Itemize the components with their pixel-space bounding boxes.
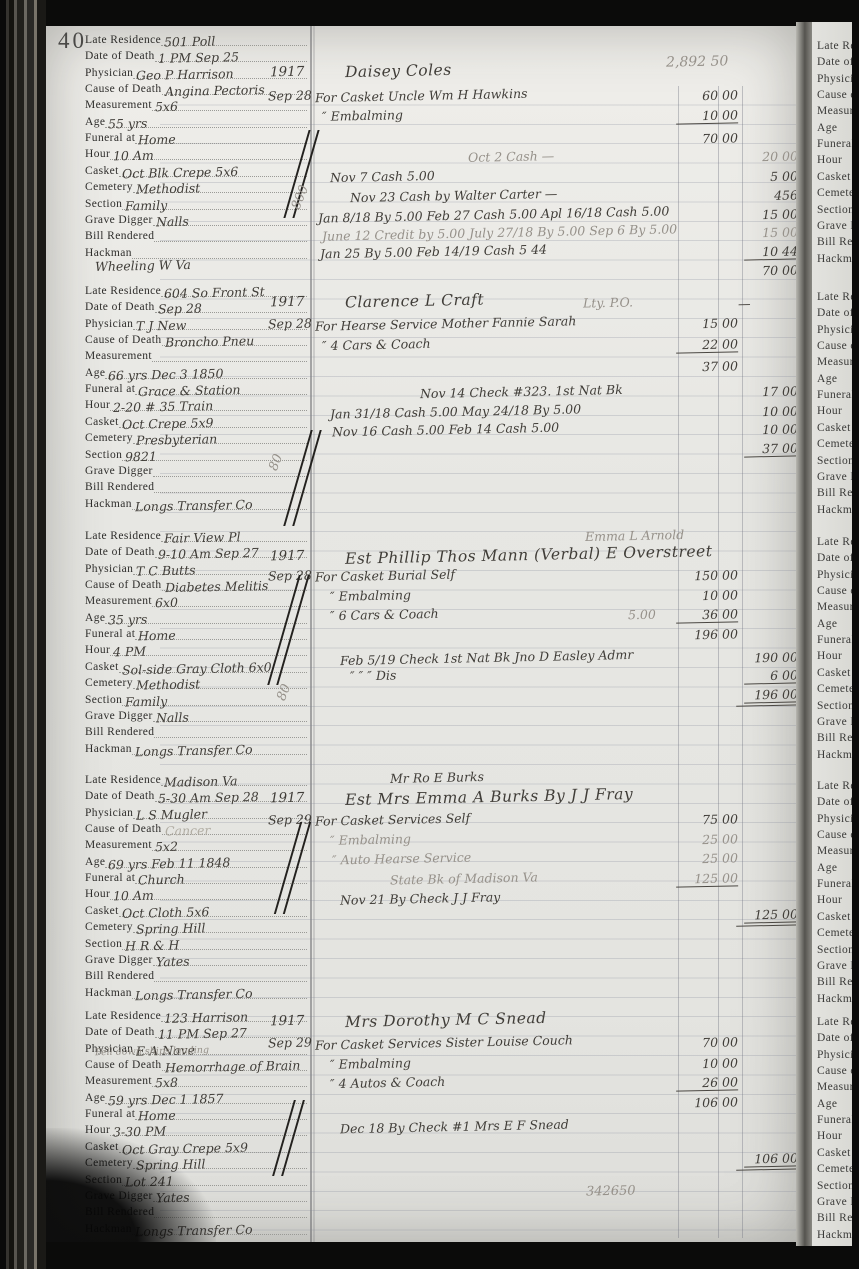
facing-page-label-fragment: Date of Death [817,307,852,319]
facing-page-label-fragment: Casket [817,667,851,679]
page-total-pencil-note: 342650 [586,1183,636,1199]
facing-page-label-fragment: Age [817,373,837,385]
form-field-underline: Home [135,127,307,144]
ledger-amount: 37 00 [676,358,738,374]
form-field-row: Grave DiggerNalls [85,706,307,722]
form-field-label: Funeral at [85,132,135,144]
form-field-underline: Hemorrhage of Brain [162,1054,308,1071]
form-field-row: Funeral atHome [85,624,307,640]
form-field-label: Section [85,449,122,461]
ledger-text: ″ Embalming [330,1055,411,1072]
paid-slash-mark [287,822,303,914]
ledger-amount-outer: 5 00 [744,168,798,184]
form-field-row: HackmanLongs Transfer Co [85,739,307,755]
facing-page-label-fragment: Casket [817,422,851,434]
facing-page-label-fragment: Grave Digger [817,1196,852,1208]
form-field-value: Longs Transfer Co [135,741,253,758]
facing-page-edge: Late ResidenceDate of DeathPhysicianCaus… [812,22,852,1246]
facing-page-label-fragment: Late Residence [817,291,852,303]
facing-page-label-fragment: Late Residence [817,40,852,52]
form-field-underline: Broncho Pneu [162,329,308,346]
ledger-amount-outer: 17 00 [744,383,798,399]
form-field-label: Late Residence [85,34,161,46]
ledger-amount: 26 00 [676,1074,738,1091]
facing-page-label-fragment: Cause of Death [817,585,852,597]
ledger-date: Sep 29 [268,1035,312,1051]
form-field-label: Date of Death [85,1026,155,1038]
facing-page-label-fragment: Hour [817,650,842,662]
form-field-label: Grave Digger [85,710,153,722]
ledger-year: 1917 [270,790,305,807]
facing-page-label-fragment: Funeral at [817,1114,852,1126]
form-field-underline: Madison Va [161,769,307,786]
facing-page-label-fragment: Age [817,122,837,134]
form-field-underline: 59 yrs Dec 1 1857 [105,1087,307,1104]
form-field-row: CasketOct Cloth 5x6 [85,901,307,917]
ledger-deceased-name: Daisey Coles [345,61,452,81]
form-field-row: Measurement6x0 [85,591,307,607]
facing-page-label-fragment: Section [817,944,852,956]
form-field-label: Late Residence [85,774,161,786]
form-field-row: Age35 yrs [85,608,307,624]
form-field-underline: Longs Transfer Co [132,982,307,999]
facing-page-label-fragment: Hour [817,154,842,166]
form-field-underline: 1 PM Sep 25 [155,45,307,62]
register-page: 40 2,892 50 342650 Late Residence501 Pol… [46,26,796,1242]
form-field-label: Cemetery [85,677,133,689]
form-field-row: Grave DiggerNalls [85,210,307,226]
form-field-label: Section [85,938,122,950]
form-field-underline: 5x8 [152,1070,307,1087]
form-field-row: Funeral atGrace & Station [85,379,307,395]
form-field-row: Measurement5x8 [85,1071,307,1087]
form-field-row: Hackman [85,243,307,259]
form-field-underline: 35 yrs [105,607,307,624]
facing-page-label-fragment: Cause of Death [817,1065,852,1077]
ledger-text: ″ Embalming [322,107,403,124]
form-field-underline [154,225,307,242]
form-field-label: Cause of Death [85,1059,162,1071]
form-field-underline: Sol-side Gray Cloth 6x0 [119,656,307,673]
facing-page-label-fragment: Age [817,1098,837,1110]
ledger-text: Oct 2 Cash — [468,148,554,165]
form-field-label: Section [85,694,122,706]
facing-page-label-fragment: Cemetery [817,1163,852,1175]
form-field-label: Hackman [85,498,132,510]
form-field-underline: 69 yrs Feb 11 1848 [105,851,307,868]
facing-page-label-fragment: Cemetery [817,438,852,450]
ledger-year: 1917 [270,548,305,565]
form-field-label: Age [85,612,105,624]
facing-page-label-fragment: Measurement [817,845,852,857]
form-field-label: Casket [85,416,119,428]
ledger-amount-outer: 125 00 [744,906,798,923]
form-field-label: Measurement [85,839,152,851]
ledger-date: Sep 28 [268,316,312,332]
facing-page-label-fragment: Date of Death [817,552,852,564]
facing-page-label-fragment: Hackman [817,253,852,265]
facing-page-label-fragment: Bill Rendered [817,1212,852,1224]
ledger-dash: — [738,296,751,311]
facing-page-label-fragment: Cause of Death [817,829,852,841]
ledger-amount: 60 00 [676,87,738,103]
ledger-amount-outer: 106 00 [744,1150,798,1167]
form-field-row: Funeral atHome [85,1104,307,1120]
form-field-label: Age [85,856,105,868]
ledger-amount: 70 00 [676,1034,738,1050]
form-field-row: Age69 yrs Feb 11 1848 [85,852,307,868]
facing-page-label-fragment: Physician [817,73,852,85]
amount-column-rule [742,86,743,1238]
ledger-date: Sep 28 [268,88,312,104]
form-field-underline: Church [135,867,307,884]
ledger-text: ″ Auto Hearse Service [332,850,471,868]
paid-slash-mark [297,430,313,526]
ledger-amount: 25 00 [676,831,738,847]
form-field-label: Hackman [85,743,132,755]
ledger-amount: 25 00 [676,850,738,866]
form-field-label: Funeral at [85,1108,135,1120]
ledger-text: ″ 4 Cars & Coach [322,336,431,353]
facing-page-label-fragment: Section [817,1180,852,1192]
facing-page-label-fragment: Date of Death [817,56,852,68]
ledger-amount: 106 00 [676,1094,738,1110]
form-field-label: Hour [85,888,110,900]
form-field-label: Bill Rendered [85,726,154,738]
form-field-row: CasketOct Crepe 5x9 [85,412,307,428]
form-field-row: Bill Rendered [85,966,307,982]
form-field-value: Longs Transfer Co [135,496,253,513]
form-field-label: Late Residence [85,285,161,297]
form-field-row: SectionFamily [85,194,307,210]
form-field-row: Date of Death1 PM Sep 25 [85,46,307,62]
ledger-text: ″ Embalming [330,831,411,848]
facing-page-label-fragment: Funeral at [817,138,852,150]
ledger-deceased-name: Clarence L Craft [345,291,484,312]
form-field-underline: 66 yrs Dec 3 1850 [105,362,307,379]
page-number: 40 [58,28,87,54]
ledger-amount: 22 00 [676,336,738,353]
form-field-row: Late ResidenceFair View Pl [85,526,307,542]
facing-page-label-fragment: Bill Rendered [817,487,852,499]
facing-page-label-fragment: Hackman [817,993,852,1005]
facing-page-label-fragment: Cemetery [817,187,852,199]
facing-page-label-fragment: Funeral at [817,389,852,401]
form-field-row: Age66 yrs Dec 3 1850 [85,363,307,379]
form-field-label: Cause of Death [85,579,162,591]
form-field-label: Late Residence [85,1010,161,1022]
form-field-label: Physician [85,563,133,575]
ledger-amount: 125 00 [676,870,738,887]
form-field-underline: Oct Crepe 5x9 [119,411,307,428]
form-field-underline: Family [122,193,307,210]
facing-page-label-fragment: Section [817,455,852,467]
ledger-amount-outer: 15 00 [744,224,798,240]
form-field-label: Physician [85,67,133,79]
form-field-label: Cause of Death [85,83,162,95]
form-field-label: Date of Death [85,50,155,62]
form-field-underline: 2-20 # 35 Train [110,394,307,411]
form-field-label: Hackman [85,987,132,999]
form-field-label: Cemetery [85,181,133,193]
form-field-row: Grave DiggerYates [85,950,307,966]
form-field-label: Funeral at [85,383,135,395]
facing-page-label-fragment: Funeral at [817,634,852,646]
facing-page-label-fragment: Section [817,700,852,712]
form-field-underline: Fair View Pl [161,525,307,542]
form-field-underline: Longs Transfer Co [132,738,307,755]
form-field-label: Hackman [85,247,132,259]
form-field-label: Measurement [85,595,152,607]
facing-page-label-fragment: Age [817,618,837,630]
form-field-label: Grave Digger [85,954,153,966]
form-field-row: CasketOct Blk Crepe 5x6 [85,161,307,177]
paid-slash-mark [283,575,299,685]
form-field-row: HackmanLongs Transfer Co [85,494,307,510]
facing-page-label-fragment: Grave Digger [817,220,852,232]
form-field-label: Funeral at [85,872,135,884]
ledger-amount: 15 00 [676,315,738,331]
form-field-underline: Grace & Station [135,378,307,395]
ledger-amount: 10 00 [676,587,738,603]
facing-page-label-fragment: Hackman [817,504,852,516]
facing-page-label-fragment: Hour [817,1130,842,1142]
form-field-underline: Spring Hill [133,916,307,933]
facing-page-label-fragment: Grave Digger [817,716,852,728]
form-field-underline: Methodist [133,176,307,193]
left-binding-page-edges [0,0,46,1269]
facing-page-label-fragment: Measurement [817,356,852,368]
form-field-underline [154,476,307,493]
form-field-underline [152,345,307,362]
facing-page-label-fragment: Hackman [817,1229,852,1241]
ledger-amount: 70 00 [676,130,738,146]
ledger-amount: 150 00 [676,567,738,583]
paid-slash-mark [283,1100,299,1176]
form-field-label: Date of Death [85,301,155,313]
form-field-underline [154,721,307,738]
form-field-row: CemeteryMethodist [85,673,307,689]
ledger-text: ″ 4 Autos & Coach [330,1074,446,1091]
facing-page-label-fragment: Measurement [817,1081,852,1093]
form-field-label: Grave Digger [85,214,153,226]
form-field-row: Hour10 Am [85,884,307,900]
facing-page-label-fragment: Bill Rendered [817,732,852,744]
form-field-label: Casket [85,905,119,917]
form-field-label: Hour [85,399,110,411]
form-field-row: SectionH R & H [85,934,307,950]
ledger-amount-outer: 196 00 [744,686,798,703]
residence-city-note: Wheeling W Va [95,257,191,274]
form-field-label: Date of Death [85,546,155,558]
ledger-text: ″ ″ ″ Dis [350,668,397,684]
facing-page-label-fragment: Casket [817,171,851,183]
facing-page-label-fragment: Measurement [817,601,852,613]
facing-page-label-fragment: Physician [817,569,852,581]
form-field-label: Hour [85,644,110,656]
form-field-row: CemeterySpring Hill [85,917,307,933]
bottom-corner-shadow [46,1128,216,1242]
facing-page-label-fragment: Cemetery [817,927,852,939]
ledger-amount: 196 00 [676,626,738,642]
facing-page-label-fragment: Physician [817,1049,852,1061]
form-field-row: Hour4 PM [85,640,307,656]
ledger-year: 1917 [270,1013,305,1030]
ledger-amount-outer: 456 [744,187,798,203]
facing-page-label-fragment: Funeral at [817,878,852,890]
ledger-amount-outer: 10 00 [744,421,798,437]
ledger-name-note: Lty. P.O. [583,294,633,310]
facing-page-label-fragment: Date of Death [817,796,852,808]
form-field-row: Late ResidenceMadison Va [85,770,307,786]
facing-page-label-fragment: Late Residence [817,536,852,548]
facing-page-label-fragment: Hour [817,894,842,906]
form-field-label: Bill Rendered [85,481,154,493]
form-field-underline: 5x2 [152,834,307,851]
form-field-underline: H R & H [122,933,307,950]
form-field-label: Cemetery [85,921,133,933]
ledger-amount-outer: 20 00 [744,148,798,164]
facing-page-label-fragment: Age [817,862,837,874]
page-gutter [796,22,812,1246]
ledger-amount: 10 00 [676,1055,738,1071]
form-field-label: Cemetery [85,432,133,444]
facing-page-label-fragment: Date of Death [817,1032,852,1044]
form-field-underline [154,965,307,982]
ledger-year: 1917 [270,294,305,311]
form-field-label: Cause of Death [85,823,162,835]
form-field-label: Physician [85,318,133,330]
form-field-row: Age55 yrs [85,112,307,128]
form-field-label: Casket [85,165,119,177]
facing-page-label-fragment: Grave Digger [817,471,852,483]
form-field-label: Date of Death [85,790,155,802]
form-field-row: Cause of DeathBroncho Pneu [85,330,307,346]
ledger-amount: 75 00 [676,811,738,827]
form-field-label: Age [85,367,105,379]
form-field-label: Physician [85,807,133,819]
form-field-row: CemeteryPresbyterian [85,428,307,444]
form-field-row: CemeteryMethodist [85,177,307,193]
form-field-row: HackmanLongs Transfer Co [85,983,307,999]
form-field-underline: 10 Am [110,143,307,160]
facing-page-label-fragment: Hackman [817,749,852,761]
facing-page-label-fragment: Cemetery [817,683,852,695]
form-field-label: Measurement [85,350,152,362]
form-field-row: Bill Rendered [85,226,307,242]
book-scan-photo: 40 2,892 50 342650 Late Residence501 Pol… [0,0,859,1269]
carried-balance-pencil-note: 2,892 50 [666,53,729,70]
ledger-amount-outer: 37 00 [744,440,798,457]
ledger-year: 1917 [270,64,305,81]
ledger-amount-outer: 6 00 [744,667,798,684]
facing-page-label-fragment: Measurement [817,105,852,117]
form-field-underline: 55 yrs [105,111,307,128]
form-field-label: Section [85,198,122,210]
form-field-underline: Yates [153,949,307,966]
facing-page-label-fragment: Bill Rendered [817,236,852,248]
facing-page-label-fragment: Cause of Death [817,89,852,101]
form-field-label: Bill Rendered [85,230,154,242]
form-field-label: Age [85,116,105,128]
form-field-row: Bill Rendered [85,722,307,738]
facing-page-label-fragment: Casket [817,911,851,923]
facing-page-label-fragment: Late Residence [817,1016,852,1028]
form-field-row: Hour10 Am [85,144,307,160]
form-field-label: Measurement [85,99,152,111]
ledger-text: ″ 6 Cars & Coach [330,606,439,623]
form-field-label: Age [85,1092,105,1104]
form-field-row: Hour2-20 # 35 Train [85,395,307,411]
form-field-underline: Home [135,1103,307,1120]
facing-page-label-fragment: Physician [817,813,852,825]
form-field-underline: Nalls [153,705,307,722]
form-field-value: Longs Transfer Co [135,985,253,1002]
ledger-amount: 36 00 [676,606,738,623]
form-field-row: Funeral atHome [85,128,307,144]
form-field-underline: Oct Blk Crepe 5x6 [119,160,307,177]
ledger-amount-outer: 70 00 [744,262,798,278]
form-field-label: Funeral at [85,628,135,640]
ledger-margin-name-note: Emma L Arnold [585,527,684,544]
form-field-label: Cause of Death [85,334,162,346]
ledger-amount-outer: 10 44 [744,243,798,260]
facing-page-label-fragment: Physician [817,324,852,336]
facing-page-label-fragment: Section [817,204,852,216]
form-field-underline: 501 Poll [161,29,307,46]
facing-page-label-fragment: Bill Rendered [817,976,852,988]
facing-page-label-fragment: Casket [817,1147,851,1159]
form-field-label: Grave Digger [85,465,153,477]
facing-page-label-fragment: Grave Digger [817,960,852,972]
ledger-unit-price: 5.00 [628,607,656,623]
ledger-amount-outer: 10 00 [744,403,798,419]
ledger-amount-outer: 190 00 [744,649,798,665]
facing-page-label-fragment: Cause of Death [817,340,852,352]
form-field-row: Measurement [85,346,307,362]
ledger-amount-outer: 15 00 [744,206,798,222]
ledger-margin-name-note: Mr Ro E Burks [390,769,484,786]
ledger-amount: 10 00 [676,107,738,124]
form-field-row: Age59 yrs Dec 1 1857 [85,1088,307,1104]
form-field-underline: Longs Transfer Co [132,493,307,510]
form-field-row: Funeral atChurch [85,868,307,884]
form-field-label: Casket [85,661,119,673]
form-field-label: Late Residence [85,530,161,542]
form-field-row: Bill Rendered [85,477,307,493]
form-field-underline: Presbyterian [133,427,307,444]
form-field-underline [132,242,307,259]
form-field-row: Late Residence501 Poll [85,30,307,46]
ledger-text: State Bk of Madison Va [390,869,538,887]
form-field-label: Bill Rendered [85,970,154,982]
facing-page-label-fragment: Hour [817,405,842,417]
ledger-text: ″ Embalming [330,587,411,604]
ledger-text: Nov 7 Cash 5.00 [330,168,435,185]
ledger-text: For Casket Burial Self [315,567,455,585]
form-field-label: Measurement [85,1075,152,1087]
form-field-label: Hour [85,148,110,160]
facing-page-label-fragment: Late Residence [817,780,852,792]
form-field-row: Measurement5x2 [85,835,307,851]
